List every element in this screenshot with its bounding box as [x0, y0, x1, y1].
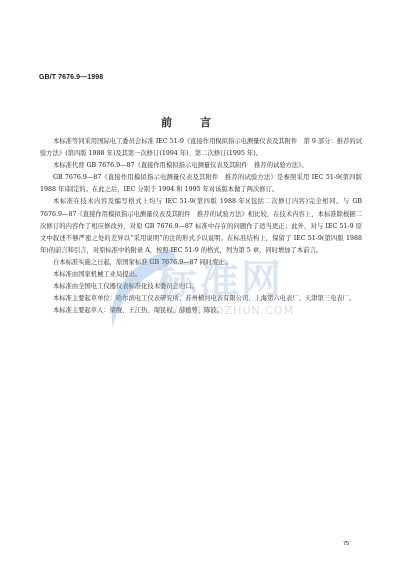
paragraph: 本标准在技术内容及编写格式上均与 IEC 51-9(第四版 1988 年)(包括…	[40, 196, 362, 256]
paragraph: GB 7676.9—87《直接作用模拟指示电测量仪表及其附件 推荐的试验方法》是…	[40, 172, 362, 196]
page-title: 前言	[0, 114, 400, 130]
paragraph: 本标准主要起草人：梁舰、王江热、周民权、薛德曾、陈波。	[40, 305, 362, 317]
paragraph: 本标准代替 GB 7676.9—87《直接作用模拟指示电测量仪表及其附件 推荐的…	[40, 160, 362, 172]
paragraph: 自本标准实施之日起，原国家标准 GB 7676.9—87 同时废止。	[40, 257, 362, 269]
paragraph: 本标准等同采用国际电工委员会标准 IEC 51-9《直接作用模拟指示电测量仪表及…	[40, 136, 362, 160]
preface-body: 本标准等同采用国际电工委员会标准 IEC 51-9《直接作用模拟指示电测量仪表及…	[40, 136, 362, 317]
standard-number: GB/T 7676.9—1998	[39, 74, 103, 81]
paragraph: 本标准由全国电工仪器仪表标准化技术委员会归口。	[40, 281, 362, 293]
page-number: 75	[343, 541, 349, 547]
paragraph: 本标准由国家机械工业局提出。	[40, 269, 362, 281]
paragraph: 本标准主要起草单位：哈尔滨电工仪表研究所、苏州横河电表有限公司、上海第六电表厂、…	[40, 293, 362, 305]
